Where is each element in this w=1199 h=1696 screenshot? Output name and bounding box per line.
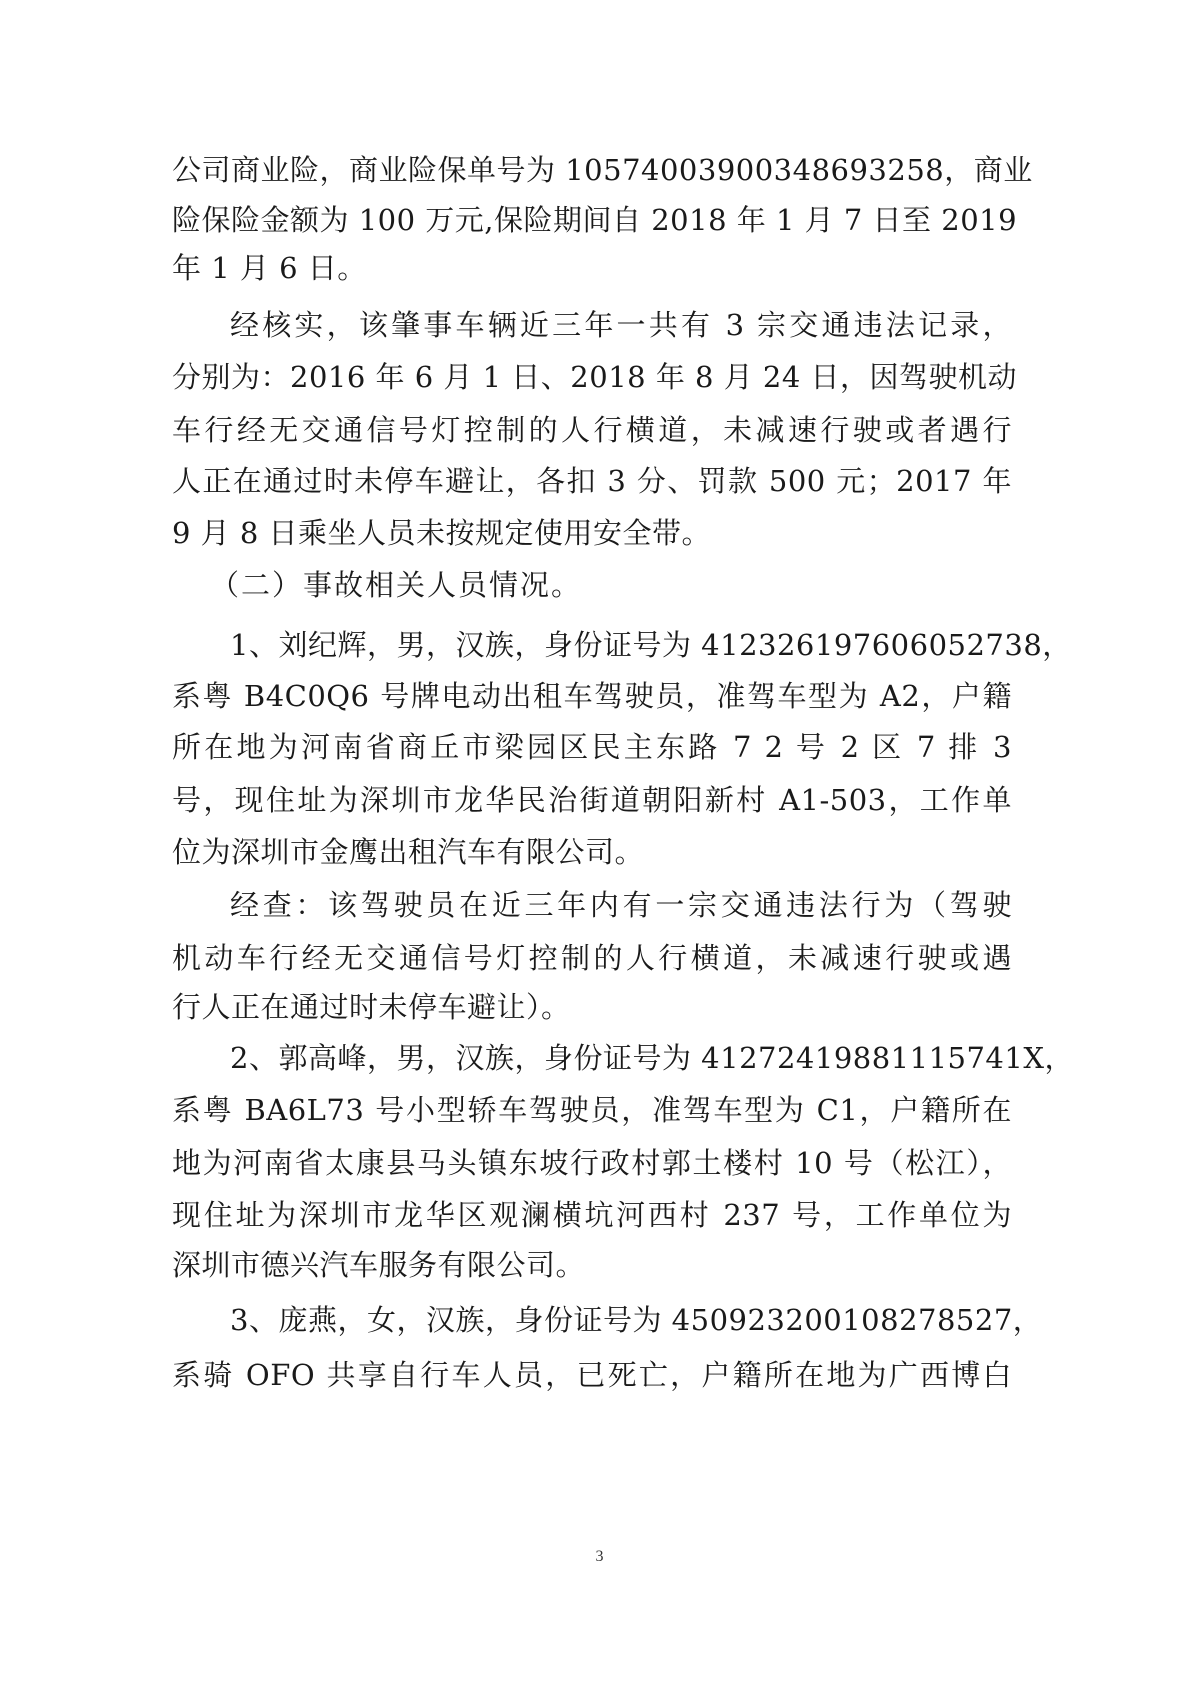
- text-line-17: 行人正在通过时未停车避让）。: [172, 987, 1012, 1027]
- text-line-11: 系粤 B4C0Q6 号牌电动出租车驾驶员，准驾车型为 A2，户籍: [172, 676, 1012, 716]
- text-line-21: 现住址为深圳市龙华区观澜横坑河西村 237 号，工作单位为: [172, 1195, 1012, 1235]
- text-line-14: 位为深圳市金鹰出租汽车有限公司。: [172, 832, 1012, 872]
- section-heading-persons: （二）事故相关人员情况。: [210, 565, 710, 605]
- text-line-22: 深圳市德兴汽车服务有限公司。: [172, 1245, 1012, 1285]
- paragraph-person-2: 2、郭高峰，男，汉族，身份证号为 41272419881115741X，: [230, 1038, 1012, 1078]
- document-page: 公司商业险，商业险保单号为 10574003900348693258，商业 险保…: [0, 0, 1199, 1696]
- page-number: 3: [0, 1548, 1199, 1566]
- text-line-13: 号，现住址为深圳市龙华民治街道朝阳新村 A1-503，工作单: [172, 780, 1012, 820]
- text-line-7: 人正在通过时未停车避让，各扣 3 分、罚款 500 元；2017 年: [172, 461, 1012, 501]
- text-line-6: 车行经无交通信号灯控制的人行横道，未减速行驶或者遇行: [172, 410, 1012, 450]
- text-line-2: 险保险金额为 100 万元,保险期间自 2018 年 1 月 7 日至 2019: [172, 200, 1012, 240]
- text-line-3: 年 1 月 6 日。: [172, 248, 1012, 288]
- paragraph-person-1: 1、刘纪辉，男，汉族，身份证号为 412326197606052738，: [230, 625, 1012, 665]
- text-line-5: 分别为：2016 年 6 月 1 日、2018 年 8 月 24 日，因驾驶机动: [172, 357, 1012, 397]
- paragraph-violation-records: 经核实，该肇事车辆近三年一共有 3 宗交通违法记录，: [230, 305, 1012, 345]
- text-line-12: 所在地为河南省商丘市梁园区民主东路 7 2 号 2 区 7 排 3: [172, 727, 1012, 767]
- paragraph-person-3: 3、庞燕，女，汉族，身份证号为 450923200108278527，: [230, 1300, 1012, 1340]
- text-line-16: 机动车行经无交通信号灯控制的人行横道，未减速行驶或遇: [172, 938, 1012, 978]
- text-line-8: 9 月 8 日乘坐人员未按规定使用安全带。: [172, 513, 1012, 553]
- text-line-20: 地为河南省太康县马头镇东坡行政村郭土楼村 10 号（松江），: [172, 1143, 1012, 1183]
- text-line-1: 公司商业险，商业险保单号为 10574003900348693258，商业: [172, 150, 1012, 190]
- text-line-24: 系骑 OFO 共享自行车人员，已死亡，户籍所在地为广西博白: [172, 1355, 1012, 1395]
- text-line-19: 系粤 BA6L73 号小型轿车驾驶员，准驾车型为 C1，户籍所在: [172, 1090, 1012, 1130]
- paragraph-driver-record: 经查：该驾驶员在近三年内有一宗交通违法行为（驾驶: [230, 885, 1012, 925]
